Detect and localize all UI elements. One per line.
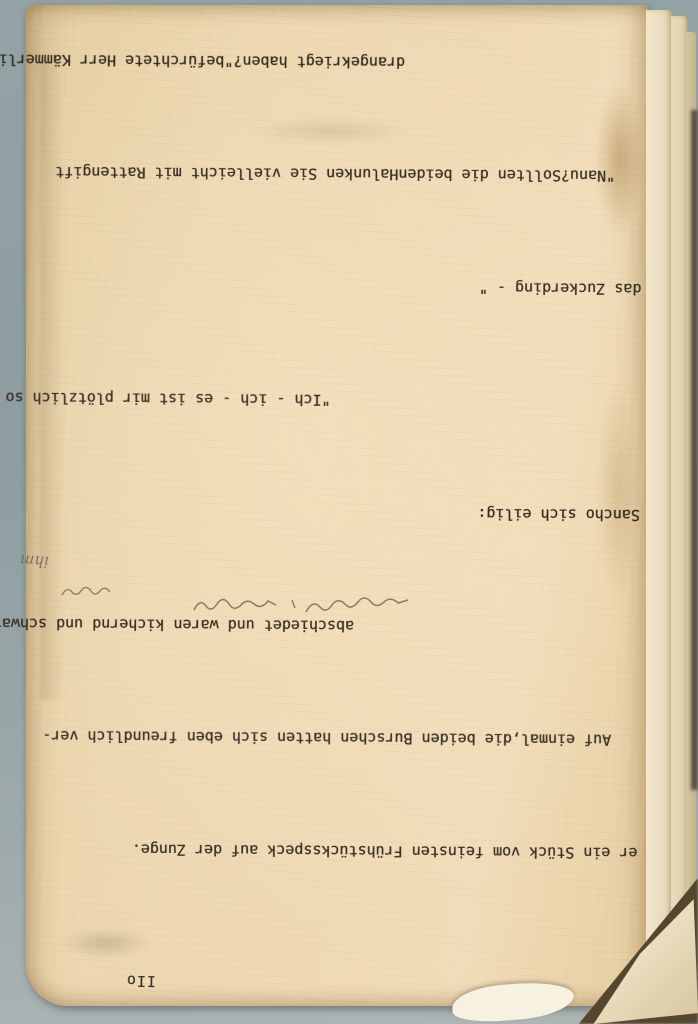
handwritten-margin-note: ihm: [19, 551, 49, 571]
handwritten-word-correction: [58, 582, 114, 602]
handwritten-correction-squiggle: [188, 592, 438, 622]
typewritten-line: das Zuckerding - ": [41, 271, 641, 303]
binding-shadow: [691, 110, 698, 790]
typewritten-text-block: er ein Stück vom feinsten Frühstücksspec…: [37, 40, 644, 980]
typewritten-line: drangekriegt haben?"befürchtete Herr Käm…: [43, 45, 405, 76]
typewritten-line: Sancho sich eilig:: [40, 497, 640, 529]
typewritten-line: "Ich - ich - es ist mir plötzlich so eig…: [41, 384, 358, 414]
under-page-edge: [646, 10, 673, 1004]
typewritten-line: Auf einmal,die beiden Burschen hatten si…: [38, 722, 638, 754]
typewritten-line: "Nanu?Sollten die beidenHalunken Sie vie…: [42, 158, 642, 190]
scanner-background: er ein Stück vom feinsten Frühstücksspec…: [0, 0, 698, 1024]
typewritten-line: er ein Stück vom feinsten Frühstücksspec…: [38, 835, 638, 867]
page-number: IIo: [126, 972, 156, 991]
